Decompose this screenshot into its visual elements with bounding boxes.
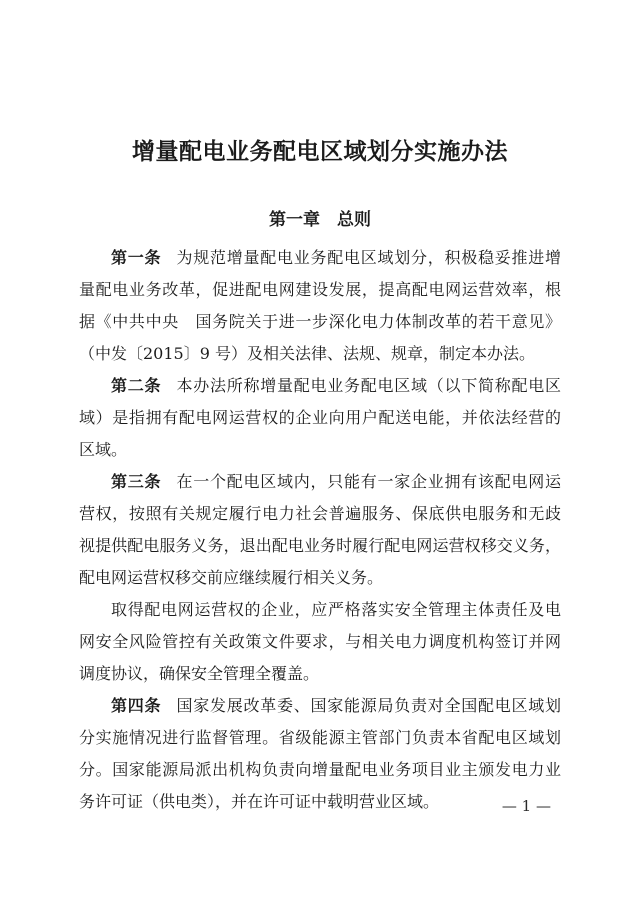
article-1-line-2: 量配电业务改革，促进配电网建设发展，提高配电网运营效率，根 <box>79 274 561 306</box>
document-page: 增量配电业务配电区域划分实施办法 第一章 总则 第一条为规范增量配电业务配电区域… <box>79 0 561 818</box>
article-1-line-1: 第一条为规范增量配电业务配电区域划分，积极稳妥推进增 <box>79 242 561 274</box>
article-3-cont-line-1: 取得配电网运营权的企业，应严格落实安全管理主体责任及电 <box>79 594 561 626</box>
article-3-line-4: 配电网运营权移交前应继续履行相关义务。 <box>79 562 561 594</box>
article-4-line-1: 第四条国家发展改革委、国家能源局负责对全国配电区域划 <box>79 690 561 722</box>
article-2-line-2: 域）是指拥有配电网运营权的企业向用户配送电能，并依法经营的 <box>79 402 561 434</box>
line-text: 在一个配电区域内，只能有一家企业拥有该配电网运 <box>176 472 561 491</box>
chapter-heading: 第一章 总则 <box>79 208 561 232</box>
article-2-number: 第二条 <box>111 376 161 395</box>
article-2-line-1: 第二条本办法所称增量配电业务配电区域（以下简称配电区 <box>79 370 561 402</box>
article-1-line-4: （中发〔2015〕9 号）及相关法律、法规、规章，制定本办法。 <box>79 338 561 370</box>
line-text: 为规范增量配电业务配电区域划分，积极稳妥推进增 <box>176 248 561 267</box>
article-3-line-1: 第三条在一个配电区域内，只能有一家企业拥有该配电网运 <box>79 466 561 498</box>
document-title: 增量配电业务配电区域划分实施办法 <box>79 136 561 168</box>
line-text: 国家发展改革委、国家能源局负责对全国配电区域划 <box>176 696 561 715</box>
article-3-number: 第三条 <box>111 472 161 491</box>
article-4-line-3: 分。国家能源局派出机构负责向增量配电业务项目业主颁发电力业 <box>79 754 561 786</box>
article-3-cont-line-2: 网安全风险管控有关政策文件要求，与相关电力调度机构签订并网 <box>79 626 561 658</box>
article-1-number: 第一条 <box>111 248 161 267</box>
article-4-number: 第四条 <box>111 696 161 715</box>
article-3-line-3: 视提供配电服务义务，退出配电业务时履行配电网运营权移交义务， <box>79 530 561 562</box>
article-3-line-2: 营权，按照有关规定履行电力社会普遍服务、保底供电服务和无歧 <box>79 498 561 530</box>
article-1-line-3: 据《中共中央 国务院关于进一步深化电力体制改革的若干意见》 <box>79 306 561 338</box>
article-3-cont-line-3: 调度协议，确保安全管理全覆盖。 <box>79 658 561 690</box>
article-2-line-3: 区域。 <box>79 434 561 466</box>
line-text: 本办法所称增量配电业务配电区域（以下简称配电区 <box>176 376 561 395</box>
article-4-line-2: 分实施情况进行监督管理。省级能源主管部门负责本省配电区域划 <box>79 722 561 754</box>
document-body: 第一条为规范增量配电业务配电区域划分，积极稳妥推进增 量配电业务改革，促进配电网… <box>79 242 561 818</box>
